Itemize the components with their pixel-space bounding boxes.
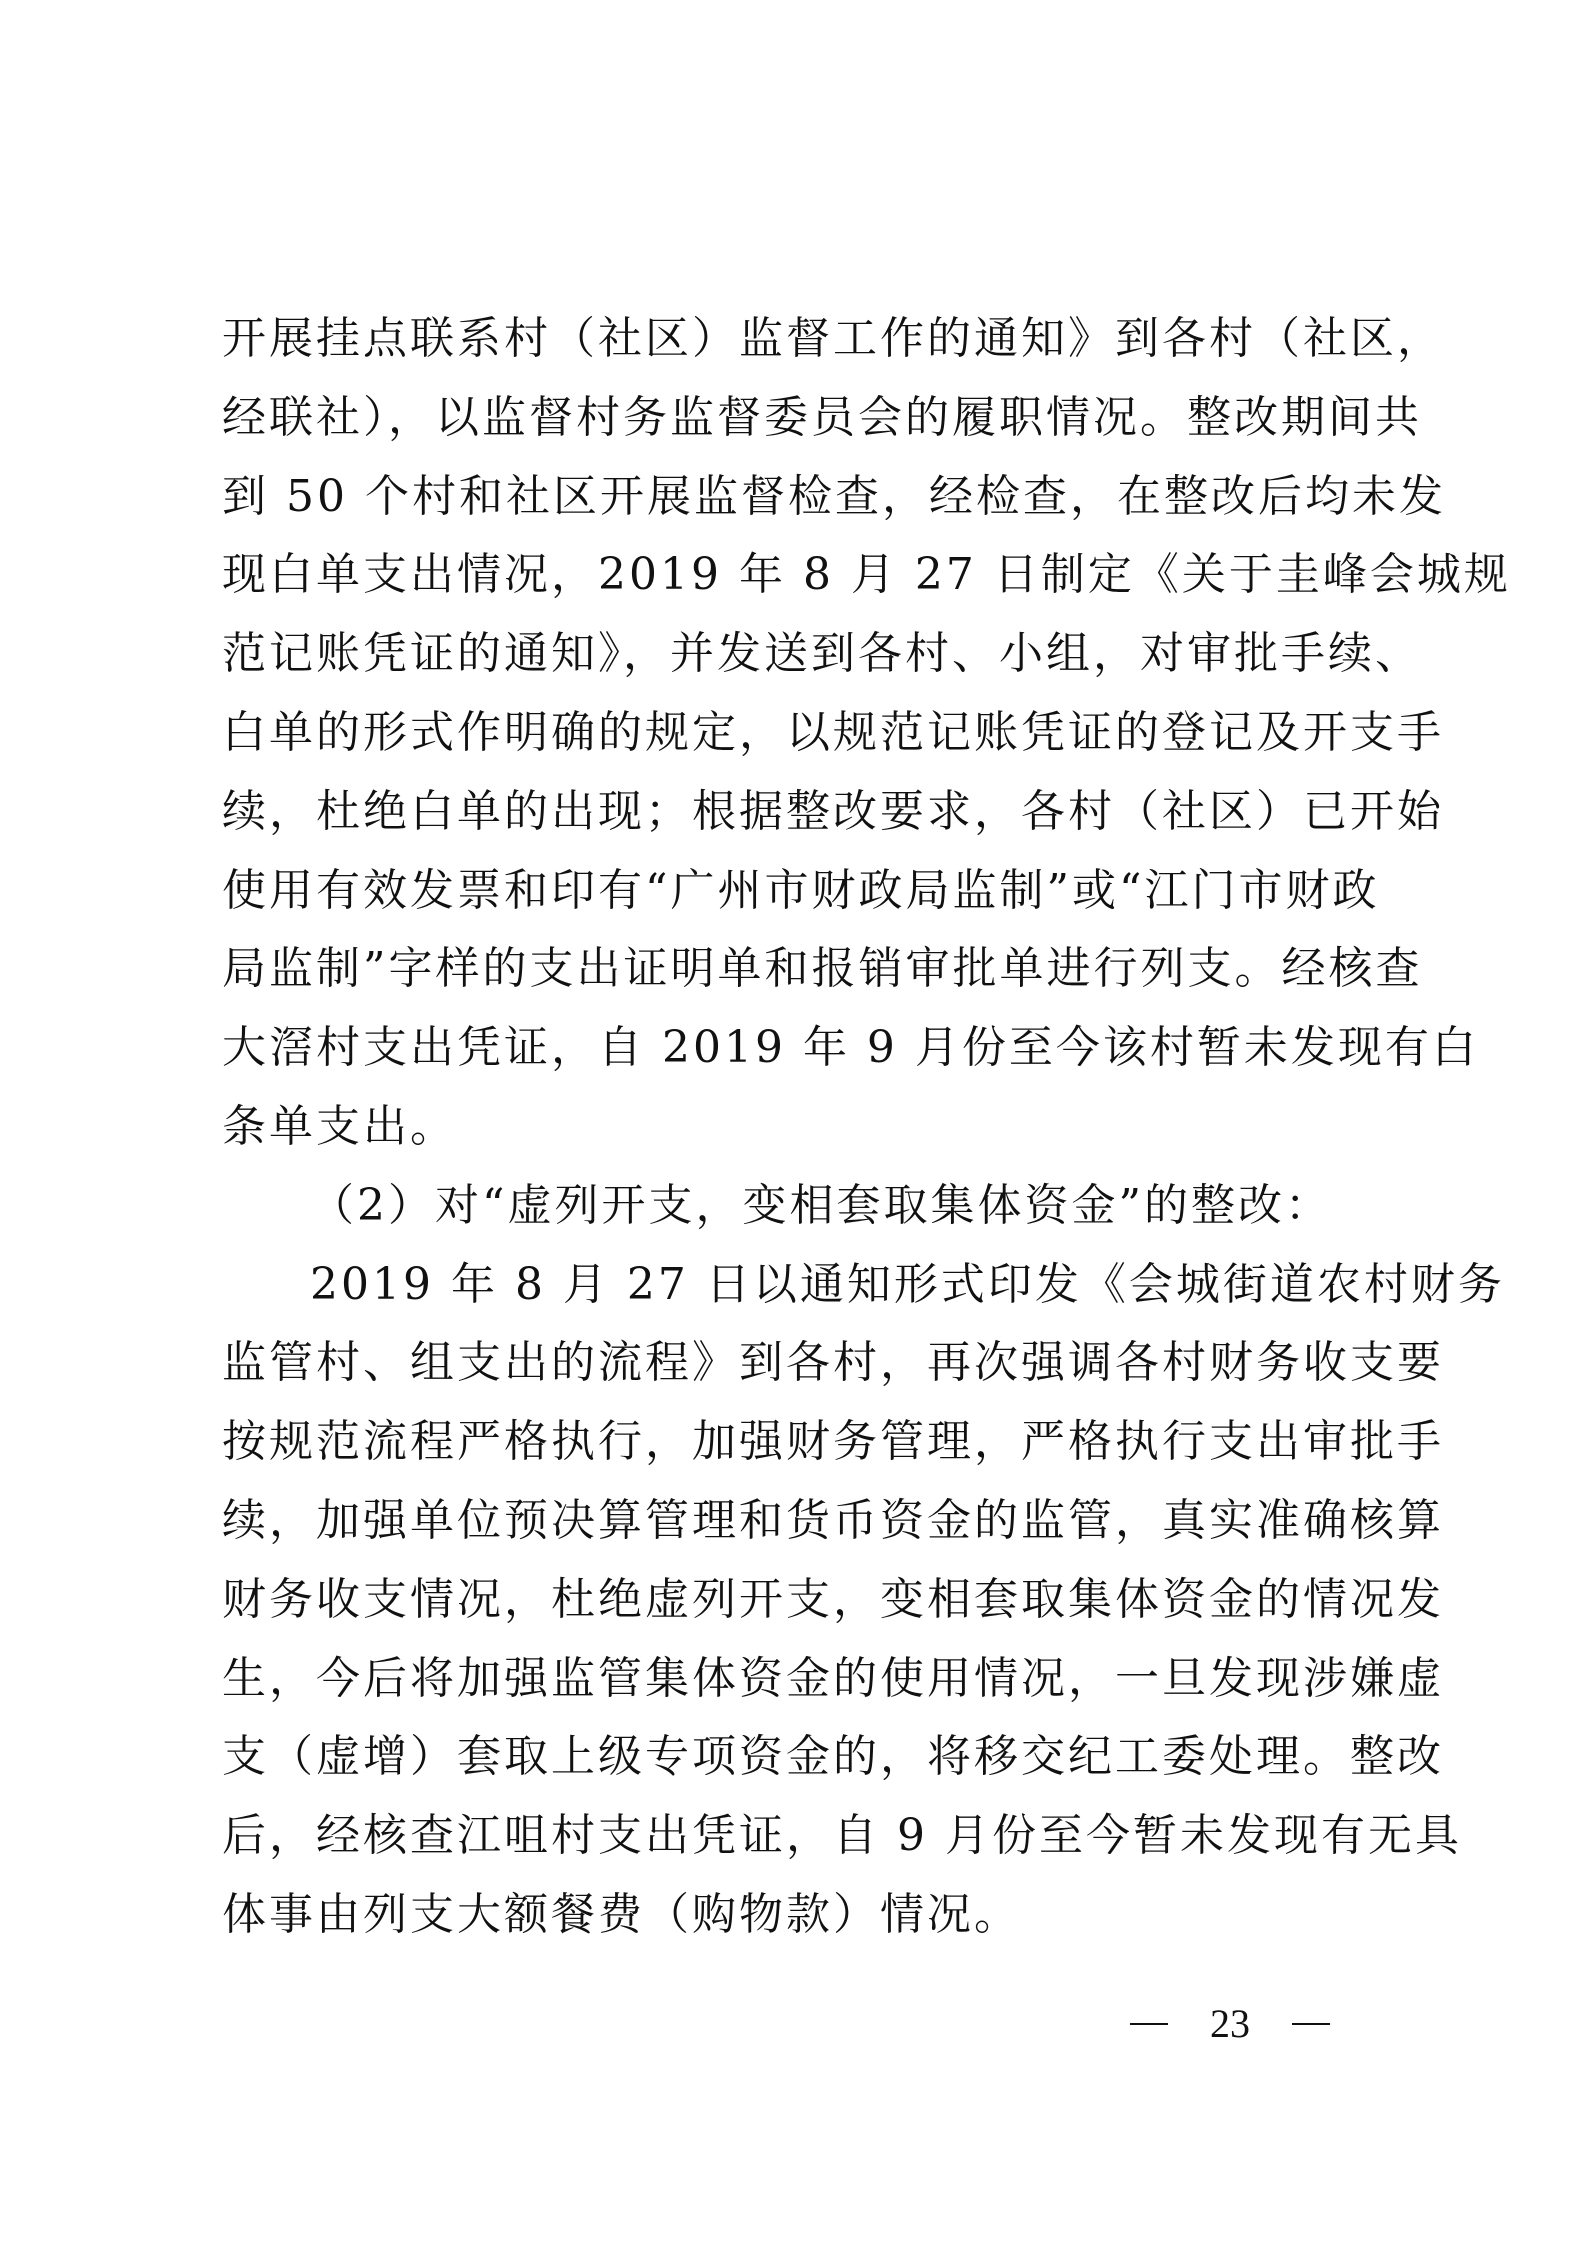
- text-line: 监管村、组支出的流程》到各村，再次强调各村财务收支要: [222, 1324, 1372, 1403]
- text-line: 体事由列支大额餐费（购物款）情况。: [222, 1876, 1372, 1955]
- text-line: 支（虚增）套取上级专项资金的，将移交纪工委处理。整改: [222, 1718, 1372, 1797]
- text-line: 大滘村支出凭证，自 2019 年 9 月份至今该村暂未发现有白: [222, 1009, 1372, 1088]
- body-text: 开展挂点联系村（社区）监督工作的通知》到各村（社区，经联社），以监督村务监督委员…: [222, 300, 1372, 1955]
- page-number: 23: [1130, 2000, 1330, 2047]
- text-line: 续，杜绝白单的出现；根据整改要求，各村（社区）已开始: [222, 773, 1372, 852]
- text-line: 经联社），以监督村务监督委员会的履职情况。整改期间共: [222, 379, 1372, 458]
- text-line: 按规范流程严格执行，加强财务管理，严格执行支出审批手: [222, 1403, 1372, 1482]
- text-line: 续，加强单位预决算管理和货币资金的监管，真实准确核算: [222, 1482, 1372, 1561]
- page-number-value: 23: [1210, 2000, 1250, 2047]
- text-line: 条单支出。: [222, 1088, 1372, 1167]
- text-line: 范记账凭证的通知》，并发送到各村、小组，对审批手续、: [222, 615, 1372, 694]
- left-dash: [1130, 2023, 1168, 2025]
- text-line: 财务收支情况，杜绝虚列开支，变相套取集体资金的情况发: [222, 1561, 1372, 1640]
- text-line: 生，今后将加强监管集体资金的使用情况，一旦发现涉嫌虚: [222, 1640, 1372, 1719]
- text-line: 使用有效发票和印有“广州市财政局监制”或“江门市财政: [222, 852, 1372, 931]
- text-line: 开展挂点联系村（社区）监督工作的通知》到各村（社区，: [222, 300, 1372, 379]
- text-line: 2019 年 8 月 27 日以通知形式印发《会城街道农村财务: [222, 1246, 1372, 1325]
- text-line: 后，经核查江咀村支出凭证，自 9 月份至今暂未发现有无具: [222, 1797, 1372, 1876]
- text-line: （2）对“虚列开支，变相套取集体资金”的整改：: [222, 1167, 1372, 1246]
- text-line: 到 50 个村和社区开展监督检查，经检查，在整改后均未发: [222, 458, 1372, 537]
- text-line: 现白单支出情况，2019 年 8 月 27 日制定《关于圭峰会城规: [222, 536, 1372, 615]
- right-dash: [1292, 2023, 1330, 2025]
- document-page: 开展挂点联系村（社区）监督工作的通知》到各村（社区，经联社），以监督村务监督委员…: [0, 0, 1587, 2245]
- text-line: 白单的形式作明确的规定，以规范记账凭证的登记及开支手: [222, 694, 1372, 773]
- text-line: 局监制”字样的支出证明单和报销审批单进行列支。经核查: [222, 930, 1372, 1009]
